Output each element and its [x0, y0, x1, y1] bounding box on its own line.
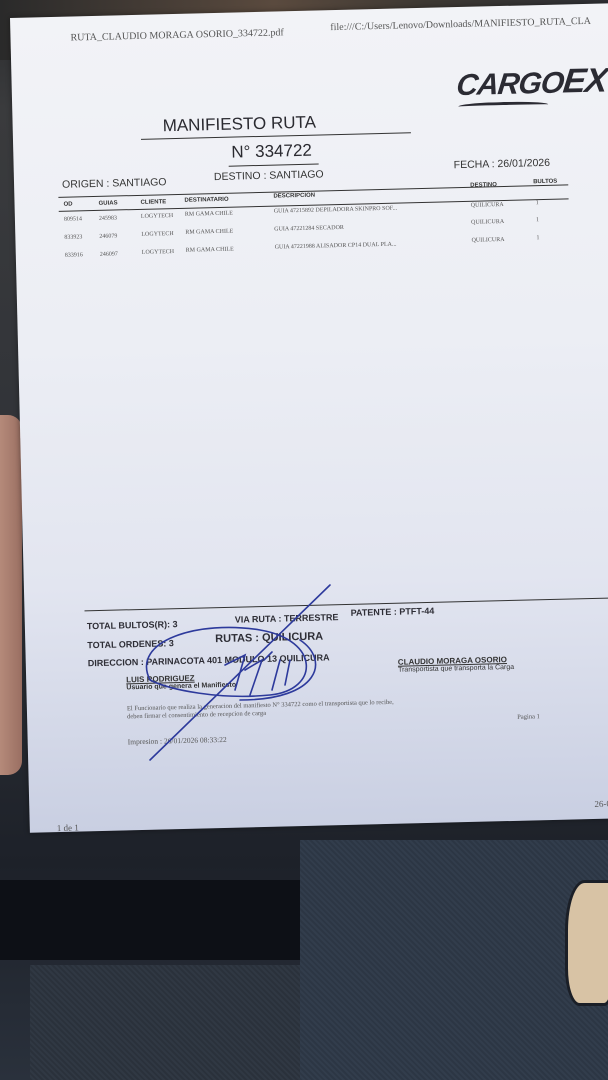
cell-destino: QUILICURA: [472, 237, 505, 244]
col-descripcion: DESCRIPCION: [273, 193, 315, 200]
cell-descripcion: GUIA 47221988 ALISADOR CP14 DUAL PLA...: [275, 242, 397, 251]
cell-bultos: 1: [536, 217, 539, 223]
page-label: Pagina 1: [517, 713, 540, 721]
cell-guia: 246097: [100, 251, 118, 257]
print-footer-date: 26-01-20: [594, 798, 608, 809]
col-destinatario: DESTINATARIO: [184, 197, 228, 204]
rutas: RUTAS : QUILICURA: [215, 631, 323, 646]
col-cliente: CLIENTE: [140, 199, 166, 206]
summary-rule: [84, 597, 608, 611]
cell-destinatario: RM GAMA CHILE: [185, 229, 233, 236]
cell-cliente: LOGYTECH: [142, 249, 174, 256]
cell-destinatario: RM GAMA CHILE: [185, 211, 233, 218]
date-field: FECHA : 26/01/2026: [454, 157, 551, 171]
cell-cliente: LOGYTECH: [141, 231, 173, 238]
cell-od: 833923: [64, 234, 82, 240]
destination-field: DESTINO : SANTIAGO: [214, 168, 324, 183]
carrier-signature-role: Transportista que transporta la Carga: [398, 664, 514, 674]
logo-accent-text: EX: [561, 61, 608, 100]
cell-descripcion: GUIA 47215892 DEPILADORA SKINPRO SOF...: [274, 206, 397, 215]
print-header-filename: RUTA_CLAUDIO MORAGA OSORIO_334722.pdf: [70, 27, 284, 43]
cell-od: 809514: [64, 216, 82, 222]
number-underline: [229, 164, 319, 167]
print-timestamp: Impresion : 26/01/2026 08:33:22: [128, 735, 227, 746]
document-title: MANIFIESTO RUTA: [162, 113, 316, 137]
logo-main-text: CARGO: [455, 66, 565, 102]
col-destino: DESTINO: [470, 182, 497, 189]
cell-destinatario: RM GAMA CHILE: [186, 247, 234, 254]
cell-od: 833916: [65, 252, 83, 258]
manifest-number: N° 334722: [231, 141, 312, 163]
total-ordenes: TOTAL ORDENES: 3: [87, 638, 174, 650]
col-od: OD: [64, 202, 73, 208]
manifest-document: RUTA_CLAUDIO MORAGA OSORIO_334722.pdf fi…: [10, 3, 608, 833]
cell-bultos: 1: [536, 200, 539, 206]
background-seat: [0, 880, 330, 960]
cell-destino: QUILICURA: [471, 219, 504, 226]
print-footer-pages: 1 de 1: [57, 823, 79, 834]
col-bultos: BULTOS: [533, 179, 557, 186]
origin-field: ORIGEN : SANTIAGO: [62, 176, 167, 191]
col-guias: GUIAS: [98, 200, 117, 206]
direccion: DIRECCION : PARINACOTA 401 MODULO 13 QUI…: [88, 652, 330, 668]
jeans-rip: [565, 880, 608, 1006]
background-jeans: [300, 840, 608, 1080]
cell-cliente: LOGYTECH: [141, 213, 173, 220]
background-seat-lower: [30, 965, 320, 1080]
cell-destino: QUILICURA: [471, 202, 504, 209]
cell-bultos: 1: [536, 235, 539, 241]
cell-descripcion: GUIA 47221284 SECADOR: [274, 225, 344, 233]
via-ruta: VIA RUTA : TERRESTRE: [235, 612, 339, 625]
print-header-url: file:///C:/Users/Lenovo/Downloads/MANIFI…: [330, 16, 591, 33]
cargoex-logo: CARGOEX: [454, 61, 608, 104]
user-signature-role: Usuario que genera el Manifiesto: [126, 682, 236, 692]
cell-guia: 246079: [99, 233, 117, 239]
total-bultos: TOTAL BULTOS(R): 3: [87, 619, 178, 631]
patente: PATENTE : PTFT-44: [351, 606, 435, 618]
cell-guia: 245983: [99, 215, 117, 221]
hand-holding-paper: [0, 415, 22, 775]
